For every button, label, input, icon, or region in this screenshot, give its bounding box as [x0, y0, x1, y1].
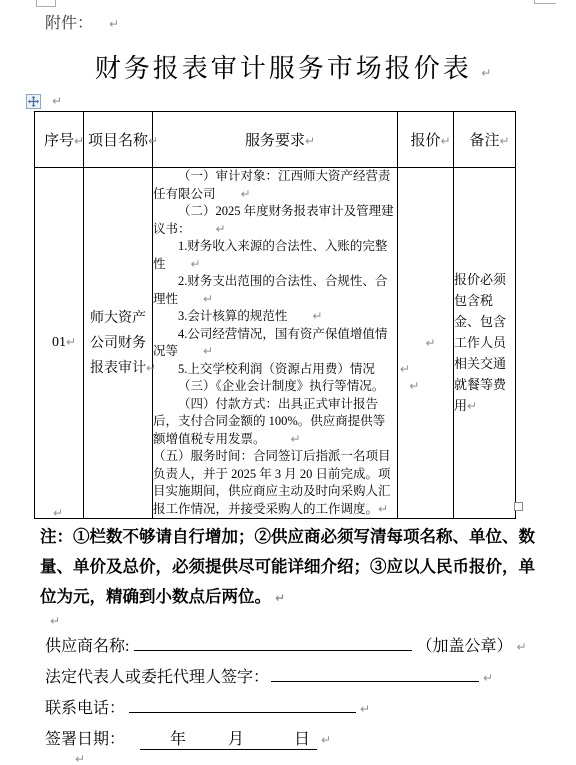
day-label: 日 — [294, 731, 310, 748]
table-row: 01↵ 师大资产公司财务报表审计↵ （一）审计对象：江西师大资产经营责任有限公司… — [35, 168, 516, 519]
header-remark: 备注↵ — [454, 112, 516, 168]
requirement-paragraph: （一）审计对象：江西师大资产经营责任有限公司↵ — [153, 168, 397, 203]
phone-blank[interactable] — [129, 712, 356, 713]
requirement-paragraph: 1.财务收入来源的合法性、入账的完整性↵ — [153, 238, 397, 273]
phone-row: 联系电话： ↵ — [45, 695, 360, 718]
header-project-name: 项目名称↵ — [84, 112, 153, 168]
table-header-row: 序号↵ 项目名称↵ 服务要求↵ 报价↵ 备注↵ — [35, 112, 516, 168]
requirement-paragraph: （五）服务时间：合同签订后指派一名项目负责人，并于 2025 年 3 月 20 … — [153, 448, 397, 518]
attachment-label: 附件： ↵ — [45, 10, 109, 33]
table-move-handle-icon[interactable] — [26, 94, 41, 109]
four-way-arrow-icon — [28, 96, 39, 107]
remark-cell: 报价必须包含税金、包含工作人员相关交通就餐等费用↵ — [454, 168, 516, 519]
year-label: 年 — [170, 731, 186, 748]
quote-cell[interactable]: ↵ — [398, 168, 454, 519]
requirement-paragraph: （二）2025 年度财务报表审计及管理建议书：↵ — [153, 203, 397, 238]
phone-label: 联系电话： — [45, 700, 125, 717]
date-blank[interactable]: 年月日 — [140, 726, 317, 750]
requirement-paragraph: 3.会计核算的规范性↵ — [153, 308, 397, 326]
seq-cell: 01↵ — [35, 168, 84, 519]
signature-row: 法定代表人或委托代理人签字： ↵ — [45, 664, 483, 687]
requirement-paragraph: （四）付款方式：出具正式审计报告后，支付合同金额的 100%。供应商提供等额增值… — [153, 396, 397, 449]
signature-label: 法定代表人或委托代理人签字： — [45, 669, 269, 686]
requirement-paragraph: 5.上交学校利润（资源占用费）情况↵ — [153, 361, 397, 379]
service-requirements-cell: （一）审计对象：江西师大资产经营责任有限公司↵ （二）2025 年度财务报表审计… — [153, 168, 398, 519]
text-boundary-mark-top-right — [534, 0, 556, 4]
supplier-name-row: 供应商名称:（加盖公章） ↵ — [45, 633, 516, 656]
requirement-paragraph: （三）《企业会计制度》执行等情况。↵ — [153, 378, 397, 396]
note-paragraph: 注：①栏数不够请自行增加；②供应商必须写清每项名称、单位、数量、单价及总价，必须… — [40, 522, 543, 613]
supplier-name-blank[interactable] — [134, 650, 412, 651]
signature-blank[interactable] — [271, 681, 479, 682]
header-seq: 序号↵ — [35, 112, 84, 168]
header-quote: 报价↵ — [398, 112, 454, 168]
text-boundary-mark-top-left — [36, 0, 56, 7]
supplier-name-label: 供应商名称: — [45, 638, 129, 655]
requirement-paragraph: 2.财务支出范围的合法性、合规性、合理性↵ — [153, 273, 397, 308]
table-resize-handle[interactable] — [514, 502, 523, 511]
project-name-cell: 师大资产公司财务报表审计↵ — [84, 168, 153, 519]
requirement-paragraph: 4.公司经营情况，国有资产保值增值情况等↵ — [153, 326, 397, 361]
sign-date-label: 签署日期： — [45, 731, 125, 748]
quotation-table: 序号↵ 项目名称↵ 服务要求↵ 报价↵ 备注↵ 01↵ 师大资产公司财务报表审计… — [34, 111, 516, 519]
seal-label: （加盖公章） — [416, 638, 512, 655]
page-title: 财务报表审计服务市场报价表 ↵ — [0, 48, 576, 85]
sign-date-row: 签署日期：年月日 ↵ — [45, 726, 321, 750]
document-page: 附件： ↵ 财务报表审计服务市场报价表 ↵ ↵ 序号↵ 项目名称↵ 服务要求↵ … — [0, 0, 576, 765]
header-service-requirements: 服务要求↵ — [153, 112, 398, 168]
month-label: 月 — [228, 731, 244, 748]
